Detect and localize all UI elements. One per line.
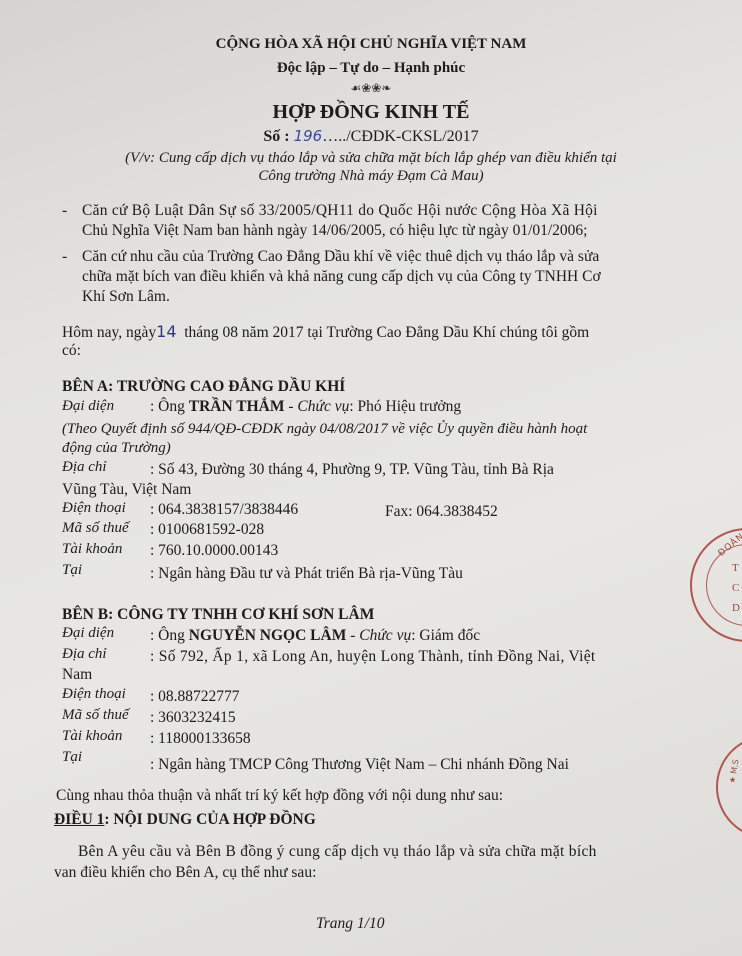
company-seal-top: ĐOÀN DẦ T C D xyxy=(690,528,742,642)
motto: Độc lập – Tự do – Hạnh phúc xyxy=(0,60,742,77)
party-a-rep-name: TRẦN THẮM xyxy=(189,398,285,415)
party-b-address-line-2: Nam xyxy=(62,666,92,684)
ornament-divider: ☙❀❀❧ xyxy=(0,81,742,96)
basis-1-line-2: Chủ Nghĩa Việt Nam ban hành ngày 14/06/2… xyxy=(82,222,587,240)
agreement-statement: Cùng nhau thỏa thuận và nhất trí ký kết … xyxy=(56,787,503,805)
party-a-account-label: Tài khoản xyxy=(62,541,122,558)
page-number: Trang 1/10 xyxy=(316,915,384,933)
party-a-address-line-2: Vũng Tàu, Việt Nam xyxy=(62,481,191,499)
party-b-account-label: Tài khoản xyxy=(62,728,122,745)
party-b-tax: : 3603232415 xyxy=(150,709,236,727)
party-a-address-label: Địa chỉ xyxy=(62,459,107,476)
intro-after-day: tháng 08 năm 2017 tại Trường Cao Đẳng Dầ… xyxy=(184,324,589,341)
party-a-authorization-line-1: (Theo Quyết định số 944/QĐ-CĐDK ngày 04/… xyxy=(62,421,587,438)
party-b-phone-label: Điện thoại xyxy=(62,686,126,703)
bullet: - xyxy=(62,248,67,266)
party-a-tax: : 0100681592-028 xyxy=(150,521,264,539)
party-a-rep: : Ông TRẦN THẮM - Chức vụ: Phó Hiệu trưở… xyxy=(150,398,461,416)
party-a-heading: BÊN A: TRƯỜNG CAO ĐẲNG DẦU KHÍ xyxy=(62,378,345,396)
contract-number: Số : 196…../CĐDK-CKSL/2017 xyxy=(0,127,742,146)
party-b-rep: : Ông NGUYỄN NGỌC LÂM - Chức vụ: Giám đố… xyxy=(150,627,480,645)
party-b-bank: : Ngân hàng TMCP Công Thương Việt Nam – … xyxy=(150,756,569,774)
party-a-address-line-1: : Số 43, Đường 30 tháng 4, Phường 9, TP.… xyxy=(150,461,554,479)
party-a-bank: : Ngân hàng Đầu tư và Phát triển Bà rịa-… xyxy=(150,565,463,583)
party-a-account: : 760.10.0000.00143 xyxy=(150,542,278,560)
intro-line-2: có: xyxy=(62,342,81,360)
basis-2-line-1: Căn cứ nhu cầu của Trường Cao Đẳng Dầu k… xyxy=(82,248,599,266)
party-b-heading: BÊN B: CÔNG TY TNHH CƠ KHÍ SƠN LÂM xyxy=(62,606,374,624)
intro-before-day: Hôm nay, ngày xyxy=(62,324,156,341)
rep-prefix: : Ông xyxy=(150,627,185,644)
dash: - xyxy=(350,627,355,644)
nation-header: CỘNG HÒA XÃ HỘI CHỦ NGHĨA VIỆT NAM xyxy=(0,36,742,53)
document-title: HỢP ĐỒNG KINH TẾ xyxy=(0,101,742,124)
seal-center-text: T C D xyxy=(732,558,742,618)
basis-2-line-3: Khí Sơn Lâm. xyxy=(82,288,170,306)
party-b-rep-label: Đại diện xyxy=(62,625,114,642)
party-b-account: : 118000133658 xyxy=(150,730,251,748)
position-label: Chức vụ xyxy=(297,398,349,415)
party-b-rep-name: NGUYỄN NGỌC LÂM xyxy=(189,627,347,644)
article-1-heading: ĐIỀU 1: NỘI DUNG CỦA HỢP ĐỒNG xyxy=(54,811,316,829)
position-label: Chức vụ xyxy=(359,627,411,644)
dash: - xyxy=(288,398,293,415)
party-a-authorization-line-2: động của Trường) xyxy=(62,440,171,457)
article-1-title: : NỘI DUNG CỦA HỢP ĐỒNG xyxy=(104,811,315,828)
party-b-tax-label: Mã số thuế xyxy=(62,707,129,724)
contract-number-suffix: …../CĐDK-CKSL/2017 xyxy=(322,128,478,145)
rep-prefix: : Ông xyxy=(150,398,185,415)
company-seal-bottom: ★ M.S xyxy=(716,735,742,839)
intro-line-1: Hôm nay, ngày14 tháng 08 năm 2017 tại Tr… xyxy=(62,322,589,342)
party-a-fax: Fax: 064.3838452 xyxy=(385,503,498,521)
party-a-bank-label: Tại xyxy=(62,562,82,579)
party-a-rep-label: Đại diện xyxy=(62,398,114,415)
party-a-tax-label: Mã số thuế xyxy=(62,520,129,537)
party-b-address-label: Địa chỉ xyxy=(62,646,107,663)
subject-line-1: (V/v: Cung cấp dịch vụ tháo lắp và sửa c… xyxy=(0,150,742,167)
article-1-line-2: van điều khiển cho Bên A, cụ thể như sau… xyxy=(54,864,316,882)
party-a-position: : Phó Hiệu trưởng xyxy=(349,398,461,415)
party-b-phone: : 08.88722777 xyxy=(150,688,240,706)
party-a-phone-label: Điện thoại xyxy=(62,500,126,517)
seal-ring-text: ★ M.S xyxy=(728,759,741,784)
party-a-phone: : 064.3838157/3838446 xyxy=(150,501,298,519)
party-b-bank-label: Tại xyxy=(62,749,82,766)
party-b-address-line-1: : Số 792, Ấp 1, xã Long An, huyện Long T… xyxy=(150,648,596,666)
subject-line-2: Công trường Nhà máy Đạm Cà Mau) xyxy=(0,168,742,185)
article-1-line-1: Bên A yêu cầu và Bên B đồng ý cung cấp d… xyxy=(78,843,597,861)
basis-2-line-2: chữa mặt bích van điều khiển và khả năng… xyxy=(82,268,601,286)
basis-1-line-1: Căn cứ Bộ Luật Dân Sự số 33/2005/QH11 do… xyxy=(82,202,598,220)
bullet: - xyxy=(62,202,67,220)
party-b-position: : Giám đốc xyxy=(411,627,480,644)
contract-number-handwritten: 196 xyxy=(294,127,323,145)
intro-day-handwritten: 14 xyxy=(156,322,176,341)
contract-number-prefix: Số : xyxy=(263,128,289,145)
article-1-label: ĐIỀU 1 xyxy=(54,811,104,828)
